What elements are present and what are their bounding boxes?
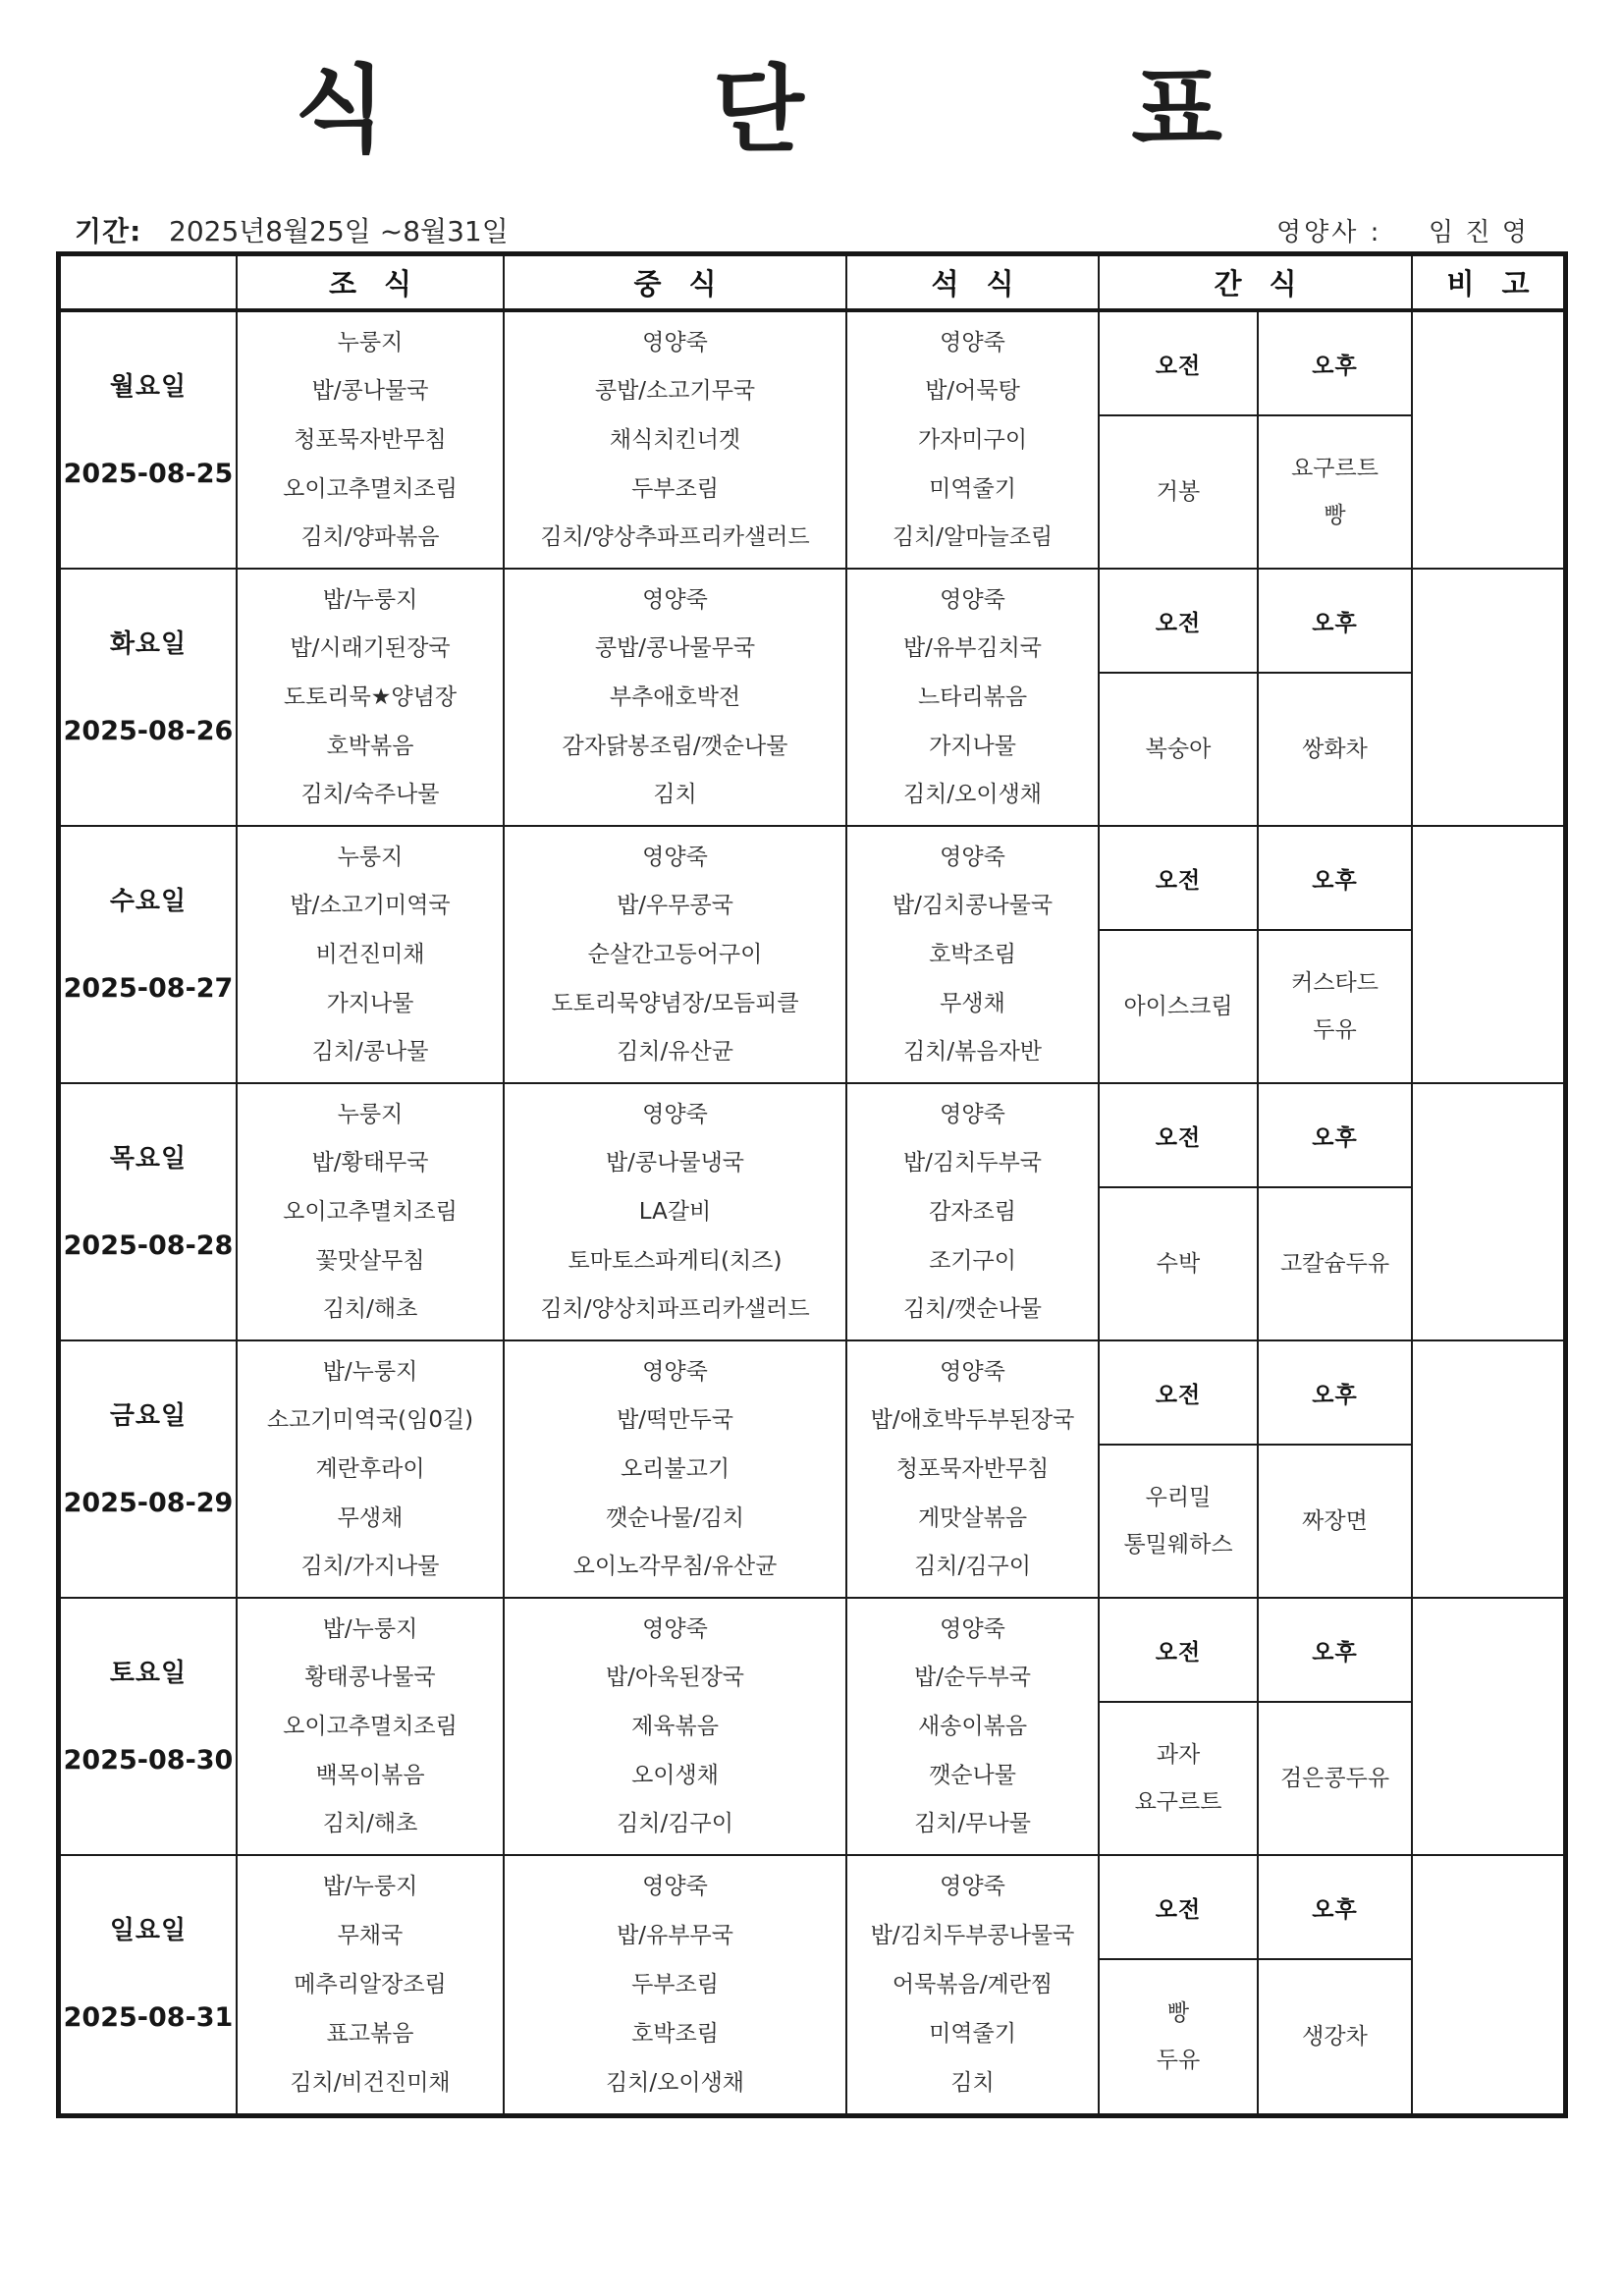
menu-item: 김치/오이생채 (606, 2068, 744, 2098)
menu-item: 밥/시래기된장국 (290, 633, 450, 663)
menu-line: 김치/유산균 (505, 1037, 845, 1066)
menu-item: 영양죽 (642, 843, 708, 872)
menu-item: 김치/오이생채 (903, 780, 1042, 809)
menu-line: 거봉 (1100, 477, 1257, 507)
menu-item: 표고볶음 (327, 2019, 414, 2049)
menu-line: 오리불고기 (505, 1454, 845, 1484)
menu-item: 밥/유부무국 (617, 1921, 733, 1950)
menu-line: 깻순나물 (847, 1761, 1098, 1790)
dietitian-label: 영양사 : (1276, 212, 1381, 248)
menu-line: 꽃맛살무침 (238, 1246, 503, 1276)
snack-cell: 오전오후아이스크림커스타드두유 (1100, 827, 1413, 1084)
menu-item: 영양죽 (642, 585, 708, 615)
menu-line: 영양죽 (847, 585, 1098, 615)
menu-line: 요구르트 (1259, 454, 1411, 483)
menu-item: 호박조림 (631, 2019, 719, 2049)
day-date: 2025-08-30 (61, 1745, 236, 1777)
menu-line: 호박조림 (505, 2019, 845, 2049)
menu-item: 영양죽 (642, 1357, 708, 1387)
menu-line: 계란후라이 (238, 1454, 503, 1484)
menu-line: 영양죽 (847, 1100, 1098, 1129)
menu-line: 미역줄기 (847, 2019, 1098, 2049)
note-cell (1413, 570, 1563, 827)
menu-item: 계란후라이 (315, 1454, 424, 1484)
menu-line: 영양죽 (505, 843, 845, 872)
header-day (61, 256, 238, 312)
meal-plan-document: 식 단 표 기간: 2025년8월25일 ~8월31일 영양사 : 임 진 영 … (0, 0, 1623, 2296)
menu-line: 밥/김치두부콩나물국 (847, 1921, 1098, 1950)
header-lunch: 중 식 (505, 256, 847, 312)
lunch-cell: 영양죽밥/아욱된장국제육볶음오이생채김치/김구이 (505, 1599, 847, 1856)
menu-item: 청포묵자반무침 (896, 1454, 1050, 1484)
day-name: 월요일 (61, 371, 236, 403)
menu-line: 밥/아욱된장국 (505, 1663, 845, 1692)
menu-item: 밥/떡만두국 (617, 1405, 733, 1435)
menu-line: 누룽지 (238, 843, 503, 872)
menu-line: 백목이볶음 (238, 1761, 503, 1790)
menu-item: 감자조림 (929, 1197, 1016, 1227)
snack-am-header: 오전 (1100, 570, 1259, 674)
menu-item: 깻순나물 (929, 1761, 1016, 1790)
menu-item: 김치/해초 (323, 1809, 418, 1838)
menu-line: 감자닭봉조림/깻순나물 (505, 732, 845, 761)
day-cell: 월요일2025-08-25 (61, 312, 238, 570)
menu-line: 김치/해초 (238, 1809, 503, 1838)
menu-item: 메추리알장조림 (294, 1970, 447, 1999)
menu-line: 검은콩두유 (1259, 1764, 1411, 1793)
menu-item: 거봉 (1157, 477, 1200, 507)
menu-line: 깻순나물/김치 (505, 1503, 845, 1533)
menu-item: 영양죽 (940, 1872, 1005, 1901)
menu-item: 밥/누룽지 (323, 1357, 418, 1387)
snack-pm-header: 오후 (1259, 570, 1411, 674)
menu-line: 밥/유부무국 (505, 1921, 845, 1950)
menu-item: 오리불고기 (621, 1454, 730, 1484)
menu-item: 생강차 (1302, 2022, 1368, 2051)
menu-line: 영양죽 (505, 1357, 845, 1387)
snack-am-content: 수박 (1100, 1188, 1259, 1339)
menu-line: 밥/누룽지 (238, 1357, 503, 1387)
menu-item: 쌍화차 (1302, 735, 1368, 764)
snack-cell: 오전오후거봉요구르트빵 (1100, 312, 1413, 570)
menu-line: 미역줄기 (847, 474, 1098, 504)
menu-line: 표고볶음 (238, 2019, 503, 2049)
menu-line: 토마토스파게티(치즈) (505, 1246, 845, 1276)
menu-item: 김치 (950, 2068, 994, 2098)
snack-pm-content: 짜장면 (1259, 1446, 1411, 1597)
menu-line: 영양죽 (847, 328, 1098, 357)
lunch-cell: 영양죽밥/떡만두국오리불고기깻순나물/김치오이노각무침/유산균 (505, 1341, 847, 1599)
lunch-cell: 영양죽밥/콩나물냉국LA갈비토마토스파게티(치즈)김치/양상치파프리카샐러드 (505, 1084, 847, 1341)
menu-item: LA갈비 (639, 1197, 712, 1227)
snack-am-content: 거봉 (1100, 416, 1259, 568)
menu-line: 김치 (847, 2068, 1098, 2098)
menu-item: 호박볶음 (327, 732, 414, 761)
breakfast-cell: 밥/누룽지황태콩나물국오이고추멸치조림백목이볶음김치/해초 (238, 1599, 505, 1856)
menu-item: 영양죽 (642, 1872, 708, 1901)
menu-item: 복숭아 (1146, 735, 1212, 764)
period-label: 기간: (75, 210, 141, 249)
day-cell: 목요일2025-08-28 (61, 1084, 238, 1341)
menu-line: 영양죽 (505, 1100, 845, 1129)
menu-line: 호박볶음 (238, 732, 503, 761)
header-dinner: 석 식 (847, 256, 1100, 312)
menu-line: 요구르트 (1100, 1787, 1257, 1817)
menu-line: 영양죽 (505, 1872, 845, 1901)
day-cell: 수요일2025-08-27 (61, 827, 238, 1084)
menu-item: 밥/누룽지 (323, 1614, 418, 1644)
menu-line: 밥/황태무국 (238, 1148, 503, 1177)
menu-item: 호박조림 (929, 940, 1016, 969)
menu-item: 영양죽 (642, 1100, 708, 1129)
snack-pm-content: 검은콩두유 (1259, 1703, 1411, 1854)
menu-item: 감자닭봉조림/깻순나물 (563, 732, 788, 761)
menu-item: 두부조림 (631, 1970, 719, 1999)
breakfast-cell: 누룽지밥/황태무국오이고추멸치조림꽃맛살무침김치/해초 (238, 1084, 505, 1341)
menu-line: 어묵볶음/계란찜 (847, 1970, 1098, 1999)
snack-cell: 오전오후수박고칼슘두유 (1100, 1084, 1413, 1341)
menu-item: 토마토스파게티(치즈) (568, 1246, 783, 1276)
snack-pm-content: 커스타드두유 (1259, 931, 1411, 1082)
menu-line: 영양죽 (505, 1614, 845, 1644)
menu-line: 김치/양상치파프리카샐러드 (505, 1294, 845, 1324)
menu-line: 밥/콩나물국 (238, 376, 503, 406)
menu-item: 깻순나물/김치 (606, 1503, 744, 1533)
menu-item: 오이고추멸치조림 (283, 474, 458, 504)
menu-line: 밥/우무콩국 (505, 891, 845, 920)
menu-line: 도토리묵양념장/모듬피클 (505, 989, 845, 1018)
menu-line: 제육볶음 (505, 1712, 845, 1741)
menu-item: 김치/깻순나물 (903, 1294, 1042, 1324)
day-name: 목요일 (61, 1143, 236, 1175)
menu-line: 밥/김치콩나물국 (847, 891, 1098, 920)
menu-item: 새송이볶음 (918, 1712, 1027, 1741)
note-cell (1413, 827, 1563, 1084)
snack-pm-content: 요구르트빵 (1259, 416, 1411, 568)
menu-line: 오이노각무침/유산균 (505, 1552, 845, 1581)
menu-line: 김치/볶음자반 (847, 1037, 1098, 1066)
menu-line: 무채국 (238, 1921, 503, 1950)
menu-item: 김치/가지나물 (300, 1552, 439, 1581)
dinner-cell: 영양죽밥/순두부국새송이볶음깻순나물김치/무나물 (847, 1599, 1100, 1856)
day-date: 2025-08-25 (61, 459, 236, 490)
menu-line: 밥/소고기미역국 (238, 891, 503, 920)
menu-item: 누룽지 (338, 1100, 404, 1129)
menu-line: 청포묵자반무침 (238, 425, 503, 455)
menu-line: 오이고추멸치조림 (238, 1712, 503, 1741)
menu-line: 김치/숙주나물 (238, 780, 503, 809)
menu-line: 김치/양상추파프리카샐러드 (505, 522, 845, 552)
snack-am-header: 오전 (1100, 1856, 1259, 1960)
menu-line: 비건진미채 (238, 940, 503, 969)
menu-item: 오이고추멸치조림 (283, 1197, 458, 1227)
menu-line: 김치/김구이 (847, 1552, 1098, 1581)
day-cell: 금요일2025-08-29 (61, 1341, 238, 1599)
menu-item: 김치/콩나물 (312, 1037, 429, 1066)
day-date: 2025-08-31 (61, 2002, 236, 2034)
day-name: 일요일 (61, 1915, 236, 1946)
menu-line: 오이생채 (505, 1761, 845, 1790)
menu-line: 메추리알장조림 (238, 1970, 503, 1999)
menu-line: 청포묵자반무침 (847, 1454, 1098, 1484)
day-date: 2025-08-28 (61, 1230, 236, 1262)
menu-line: 새송이볶음 (847, 1712, 1098, 1741)
day-cell: 일요일2025-08-31 (61, 1856, 238, 2113)
period-value: 2025년8월25일 ~8월31일 (169, 210, 509, 249)
menu-line: 게맛살볶음 (847, 1503, 1098, 1533)
menu-line: 부추애호박전 (505, 683, 845, 712)
snack-cell: 오전오후과자요구르트검은콩두유 (1100, 1599, 1413, 1856)
menu-line: 영양죽 (847, 1872, 1098, 1901)
menu-item: 아이스크림 (1123, 992, 1232, 1021)
menu-item: 도토리묵양념장/모듬피클 (551, 989, 798, 1018)
menu-line: 김치/양파볶음 (238, 522, 503, 552)
snack-pm-header: 오후 (1259, 827, 1411, 931)
menu-line: 밥/김치두부국 (847, 1148, 1098, 1177)
menu-item: 무생채 (338, 1503, 404, 1533)
menu-item: 밥/김치두부국 (903, 1148, 1042, 1177)
snack-pm-header: 오후 (1259, 312, 1411, 416)
header-breakfast: 조 식 (238, 256, 505, 312)
menu-item: 백목이볶음 (315, 1761, 424, 1790)
day-cell: 화요일2025-08-26 (61, 570, 238, 827)
menu-line: 호박조림 (847, 940, 1098, 969)
menu-line: 김치/오이생채 (847, 780, 1098, 809)
menu-item: 제육볶음 (631, 1712, 719, 1741)
menu-line: 김치/무나물 (847, 1809, 1098, 1838)
menu-item: 느타리볶음 (918, 683, 1027, 712)
menu-line: 영양죽 (847, 1357, 1098, 1387)
menu-item: 누룽지 (338, 328, 404, 357)
menu-item: 밥/유부김치국 (903, 633, 1042, 663)
dinner-cell: 영양죽밥/애호박두부된장국청포묵자반무침게맛살볶음김치/김구이 (847, 1341, 1100, 1599)
menu-line: 김치/콩나물 (238, 1037, 503, 1066)
lunch-cell: 영양죽콩밥/소고기무국채식치킨너겟두부조림김치/양상추파프리카샐러드 (505, 312, 847, 570)
menu-item: 밥/콩나물국 (312, 376, 429, 406)
menu-item: 밥/아욱된장국 (606, 1663, 744, 1692)
dinner-cell: 영양죽밥/김치콩나물국호박조림무생채김치/볶음자반 (847, 827, 1100, 1084)
menu-line: 영양죽 (847, 1614, 1098, 1644)
dinner-cell: 영양죽밥/김치두부콩나물국어묵볶음/계란찜미역줄기김치 (847, 1856, 1100, 2113)
lunch-cell: 영양죽밥/우무콩국순살간고등어구이도토리묵양념장/모듬피클김치/유산균 (505, 827, 847, 1084)
menu-line: 김치/깻순나물 (847, 1294, 1098, 1324)
snack-cell: 오전오후빵두유생강차 (1100, 1856, 1413, 2113)
menu-item: 밥/김치두부콩나물국 (871, 1921, 1075, 1950)
breakfast-cell: 밥/누룽지무채국메추리알장조림표고볶음김치/비건진미채 (238, 1856, 505, 2113)
menu-item: 누룽지 (338, 843, 404, 872)
menu-line: 고칼슘두유 (1259, 1249, 1411, 1279)
menu-item: 어묵볶음/계란찜 (893, 1970, 1053, 1999)
snack-am-header: 오전 (1100, 1084, 1259, 1188)
snack-pm-header: 오후 (1259, 1084, 1411, 1188)
menu-item: 밥/김치콩나물국 (893, 891, 1053, 920)
snack-pm-content: 고칼슘두유 (1259, 1188, 1411, 1339)
menu-item: 밥/누룽지 (323, 585, 418, 615)
menu-item: 밥/소고기미역국 (290, 891, 450, 920)
snack-pm-content: 생강차 (1259, 1960, 1411, 2113)
day-date: 2025-08-26 (61, 716, 236, 747)
menu-item: 고칼슘두유 (1280, 1249, 1389, 1279)
menu-line: 순살간고등어구이 (505, 940, 845, 969)
menu-item: 김치 (653, 780, 696, 809)
menu-item: 무채국 (338, 1921, 404, 1950)
menu-item: 검은콩두유 (1280, 1764, 1389, 1793)
menu-item: 도토리묵★양념장 (284, 683, 457, 712)
header-note: 비 고 (1413, 256, 1563, 312)
menu-line: 복숭아 (1100, 735, 1257, 764)
menu-line: 소고기미역국(임0길) (238, 1405, 503, 1435)
snack-am-content: 과자요구르트 (1100, 1703, 1259, 1854)
menu-line: 밥/시래기된장국 (238, 633, 503, 663)
menu-item: 비건진미채 (315, 940, 424, 969)
menu-item: 요구르트 (1291, 454, 1379, 483)
menu-table: 조 식 중 식 석 식 간 식 비 고 월요일2025-08-25누룽지밥/콩나… (56, 251, 1568, 2118)
snack-am-header: 오전 (1100, 312, 1259, 416)
menu-item: 두부조림 (631, 474, 719, 504)
menu-item: 통밀웨하스 (1123, 1530, 1232, 1559)
menu-line: 도토리묵★양념장 (238, 683, 503, 712)
snack-am-content: 우리밀통밀웨하스 (1100, 1446, 1259, 1597)
menu-line: 영양죽 (505, 585, 845, 615)
menu-item: 순살간고등어구이 (588, 940, 763, 969)
header-snack: 간 식 (1100, 256, 1413, 312)
menu-line: 통밀웨하스 (1100, 1530, 1257, 1559)
menu-line: 영양죽 (847, 843, 1098, 872)
snack-cell: 오전오후복숭아쌍화차 (1100, 570, 1413, 827)
snack-am-header: 오전 (1100, 1599, 1259, 1703)
menu-item: 요구르트 (1135, 1787, 1222, 1817)
menu-line: 두부조림 (505, 1970, 845, 1999)
menu-item: 김치/유산균 (617, 1037, 733, 1066)
menu-line: 밥/유부김치국 (847, 633, 1098, 663)
breakfast-cell: 누룽지밥/소고기미역국비건진미채가지나물김치/콩나물 (238, 827, 505, 1084)
menu-item: 두유 (1157, 2046, 1200, 2075)
snack-pm-header: 오후 (1259, 1856, 1411, 1960)
menu-item: 김치/볶음자반 (903, 1037, 1042, 1066)
meta-line: 기간: 2025년8월25일 ~8월31일 영양사 : 임 진 영 (0, 204, 1623, 249)
menu-line: 콩밥/소고기무국 (505, 376, 845, 406)
menu-item: 밥/누룽지 (323, 1872, 418, 1901)
menu-item: 김치/해초 (323, 1294, 418, 1324)
lunch-cell: 영양죽밥/유부무국두부조림호박조림김치/오이생채 (505, 1856, 847, 2113)
menu-item: 영양죽 (940, 585, 1005, 615)
menu-item: 오이노각무침/유산균 (573, 1552, 778, 1581)
menu-item: 김치/비건진미채 (290, 2068, 450, 2098)
snack-am-content: 빵두유 (1100, 1960, 1259, 2113)
lunch-cell: 영양죽콩밥/콩나물무국부추애호박전감자닭봉조림/깻순나물김치 (505, 570, 847, 827)
menu-line: 빵 (1100, 1998, 1257, 2028)
menu-item: 밥/황태무국 (312, 1148, 429, 1177)
menu-line: 가자미구이 (847, 425, 1098, 455)
menu-item: 콩밥/콩나물무국 (595, 633, 755, 663)
menu-item: 오이생채 (631, 1761, 719, 1790)
menu-item: 밥/순두부국 (914, 1663, 1031, 1692)
day-date: 2025-08-27 (61, 973, 236, 1005)
menu-line: 황태콩나물국 (238, 1663, 503, 1692)
note-cell (1413, 1341, 1563, 1599)
dietitian-name: 임 진 영 (1429, 212, 1529, 248)
snack-am-content: 아이스크림 (1100, 931, 1259, 1082)
menu-line: 감자조림 (847, 1197, 1098, 1227)
menu-item: 오이고추멸치조림 (283, 1712, 458, 1741)
breakfast-cell: 밥/누룽지소고기미역국(임0길)계란후라이무생채김치/가지나물 (238, 1341, 505, 1599)
menu-item: 수박 (1157, 1249, 1200, 1279)
menu-item: 밥/애호박두부된장국 (871, 1405, 1075, 1435)
menu-line: 두부조림 (505, 474, 845, 504)
menu-item: 영양죽 (642, 328, 708, 357)
menu-line: 밥/누룽지 (238, 585, 503, 615)
menu-line: 김치/가지나물 (238, 1552, 503, 1581)
menu-line: 조기구이 (847, 1246, 1098, 1276)
menu-item: 가지나물 (327, 989, 414, 1018)
menu-line: 가지나물 (238, 989, 503, 1018)
menu-item: 영양죽 (940, 1100, 1005, 1129)
menu-line: 밥/애호박두부된장국 (847, 1405, 1098, 1435)
snack-cell: 오전오후우리밀통밀웨하스짜장면 (1100, 1341, 1413, 1599)
menu-line: 밥/콩나물냉국 (505, 1148, 845, 1177)
menu-item: 김치/숙주나물 (300, 780, 439, 809)
snack-pm-header: 오후 (1259, 1599, 1411, 1703)
day-name: 금요일 (61, 1400, 236, 1432)
menu-line: 오이고추멸치조림 (238, 1197, 503, 1227)
menu-line: 김치/해초 (238, 1294, 503, 1324)
menu-line: 채식치킨너겟 (505, 425, 845, 455)
menu-item: 채식치킨너겟 (610, 425, 740, 455)
menu-item: 빵 (1167, 1998, 1189, 2028)
day-name: 토요일 (61, 1658, 236, 1689)
menu-item: 김치/양상치파프리카샐러드 (540, 1294, 809, 1324)
menu-line: 무생채 (847, 989, 1098, 1018)
menu-line: 김치/오이생채 (505, 2068, 845, 2098)
menu-line: 누룽지 (238, 328, 503, 357)
menu-item: 조기구이 (929, 1246, 1016, 1276)
menu-item: 김치/양파볶음 (300, 522, 439, 552)
snack-am-content: 복숭아 (1100, 674, 1259, 825)
menu-line: 김치/알마늘조림 (847, 522, 1098, 552)
menu-item: 밥/콩나물냉국 (606, 1148, 744, 1177)
note-cell (1413, 312, 1563, 570)
page-title: 식 단 표 (0, 41, 1570, 179)
menu-item: 미역줄기 (929, 2019, 1016, 2049)
note-cell (1413, 1599, 1563, 1856)
menu-line: 커스타드 (1259, 968, 1411, 998)
menu-line: 밥/누룽지 (238, 1614, 503, 1644)
menu-item: 청포묵자반무침 (294, 425, 447, 455)
menu-item: 미역줄기 (929, 474, 1016, 504)
dinner-cell: 영양죽밥/유부김치국느타리볶음가지나물김치/오이생채 (847, 570, 1100, 827)
day-cell: 토요일2025-08-30 (61, 1599, 238, 1856)
menu-item: 영양죽 (940, 328, 1005, 357)
menu-line: LA갈비 (505, 1197, 845, 1227)
menu-line: 쌍화차 (1259, 735, 1411, 764)
menu-item: 짜장면 (1302, 1506, 1368, 1536)
menu-line: 두유 (1259, 1015, 1411, 1045)
note-cell (1413, 1084, 1563, 1341)
menu-line: 영양죽 (505, 328, 845, 357)
menu-item: 커스타드 (1291, 968, 1379, 998)
menu-item: 밥/어묵탕 (925, 376, 1020, 406)
menu-item: 김치/양상추파프리카샐러드 (540, 522, 809, 552)
menu-line: 빵 (1259, 501, 1411, 530)
menu-line: 김치/김구이 (505, 1809, 845, 1838)
day-date: 2025-08-29 (61, 1488, 236, 1519)
dinner-cell: 영양죽밥/어묵탕가자미구이미역줄기김치/알마늘조림 (847, 312, 1100, 570)
menu-line: 누룽지 (238, 1100, 503, 1129)
menu-line: 밥/떡만두국 (505, 1405, 845, 1435)
snack-am-header: 오전 (1100, 827, 1259, 931)
menu-item: 김치/김구이 (617, 1809, 733, 1838)
menu-line: 수박 (1100, 1249, 1257, 1279)
